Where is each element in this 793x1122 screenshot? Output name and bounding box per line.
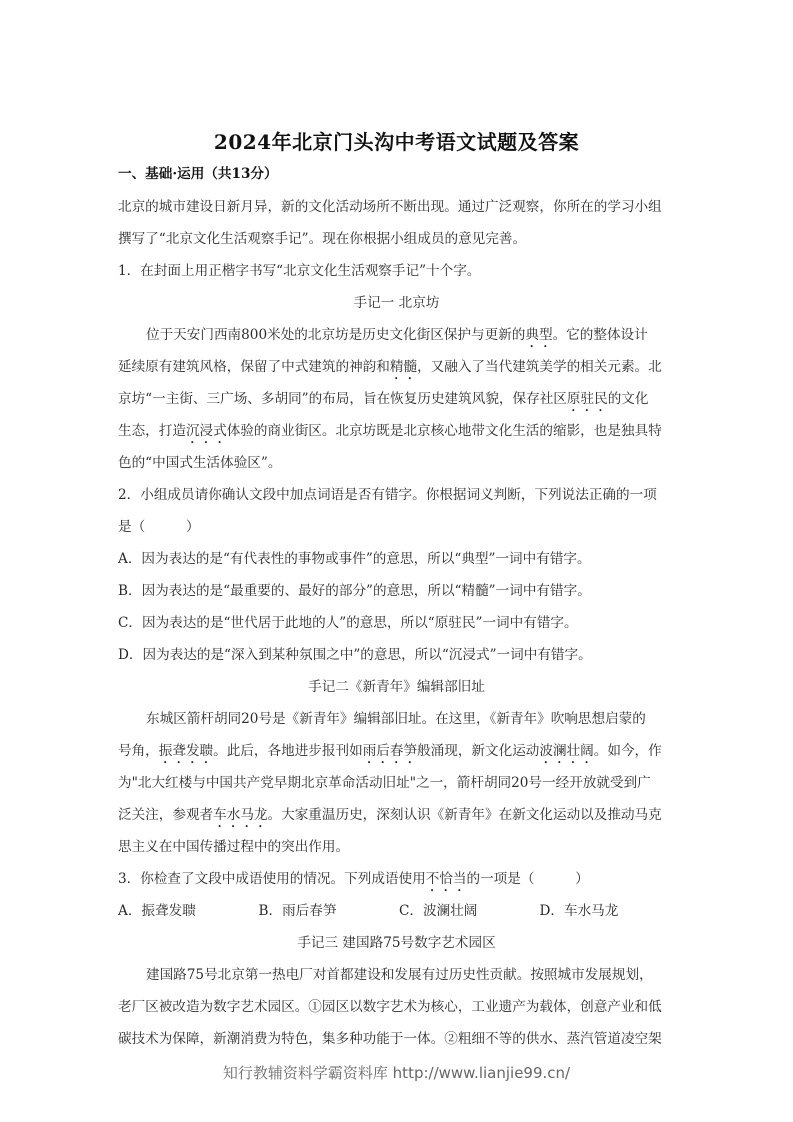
text: 体验的商业街区。北京坊既是北京核心地带文化生活的缩影，也是独具特 (227, 423, 662, 439)
note1-heading: 手记一 北京坊 (0, 293, 793, 313)
text: 为"北大红楼与中国共产党早期北京革命活动旧址"之一，箭杆胡同20号一经开放就受到… (118, 775, 651, 791)
text: 的文化 (608, 391, 649, 407)
note3-heading: 手记三 建国路75号数字艺术园区 (0, 933, 793, 953)
q3-options: A．振聋发聩 B．雨后春笋 C．波澜壮阔 D．车水马龙 (118, 901, 680, 921)
question-2-stem-cont: 是（ ） (118, 517, 680, 537)
intro-line-2: 撰写了“北京文化生活观察手记”。现在你根据小组成员的意见完善。 (118, 229, 680, 249)
text: 的一项是（ ） (467, 871, 589, 887)
q3-option-b: B．雨后春笋 (259, 901, 400, 921)
text: 生态，打造 (118, 423, 186, 439)
text: 思主义在中国传播过程中的突出作用。 (118, 839, 349, 855)
section-heading: 一、基础·运用（共13分） (118, 164, 680, 184)
note1-line: 生态，打造沉浸式体验的商业街区。北京坊既是北京核心地带文化生活的缩影，也是独具特 (118, 421, 680, 447)
note2-line: 东城区箭杆胡同20号是《新青年》编辑部旧址。在这里，《新青年》吹响思想启蒙的 (118, 709, 708, 729)
q2-option-d: D．因为表达的是“深入到某种氛围之中”的意思，所以“沉浸式”一词中有错字。 (118, 645, 680, 665)
text: 号角， (118, 743, 159, 759)
note1-line: 京坊“一主街、三广场、多胡同”的布局，旨在恢复历史建筑风貌，保存社区原驻民的文化 (118, 389, 680, 415)
q3-option-a: A．振聋发聩 (118, 901, 259, 921)
text: 。此后，各地进步报刊如 (213, 743, 363, 759)
note1-line: 色的“中国式生活体验区”。 (118, 453, 680, 473)
text: 延续原有建筑风格，保留了中式建筑的神韵和 (118, 359, 390, 375)
text: ，又融入了当代建筑美学的相关元素。北 (417, 359, 662, 375)
emphasized-idiom: 雨后春笋 (363, 743, 417, 759)
text: 。如今，作 (594, 743, 662, 759)
footer-watermark: 知行教辅资料学霸资料库 http://www.lianjie99.cn/ (0, 1062, 793, 1083)
note1-line: 延续原有建筑风格，保留了中式建筑的神韵和精髓，又融入了当代建筑美学的相关元素。北 (118, 357, 680, 383)
text: 色的“中国式生活体验区”。 (118, 455, 281, 471)
emphasized-word: 原驻民 (567, 391, 608, 407)
emphasized-idiom: 振聋发聩 (159, 743, 213, 759)
emphasized-word: 精髓 (390, 359, 417, 375)
question-3-stem: 3．你检查了文段中成语使用的情况。下列成语使用不恰当的一项是（ ） (118, 869, 680, 895)
note2-line: 思主义在中国传播过程中的突出作用。 (118, 837, 680, 857)
q3-option-c: C．波澜壮阔 (399, 901, 540, 921)
text: 3．你检查了文段中成语使用的情况。下列成语使用 (118, 871, 426, 887)
text: 。大家重温历史，深刻认识《新青年》在新文化运动以及推动马克 (268, 807, 662, 823)
note3-line: 老厂区被改造为数字艺术园区。①园区以数字艺术为核心，工业遗产为载体，创意产业和低 (118, 997, 680, 1017)
note2-line: 为"北大红楼与中国共产党早期北京革命活动旧址"之一，箭杆胡同20号一经开放就受到… (118, 773, 680, 793)
text: 泛关注，参观者 (118, 807, 213, 823)
emphasized-idiom: 波澜壮阔 (539, 743, 593, 759)
question-1: 1．在封面上用正楷字书写“北京文化生活观察手记”十个字。 (118, 261, 680, 281)
question-2-stem: 2．小组成员请你确认文段中加点词语是否有错字。你根据词义判断，下列说法正确的一项 (118, 485, 680, 505)
note3-line: 碳技术为保障，新潮消费为特色，集多种功能于一体。②粗细不等的供水、蒸汽管道凌空架 (118, 1029, 680, 1049)
page-title: 2024年北京门头沟中考语文试题及答案 (0, 126, 793, 155)
emphasized-word: 不恰当 (426, 871, 467, 887)
text: 般涌现，新文化运动 (417, 743, 539, 759)
note2-line: 号角，振聋发聩。此后，各地进步报刊如雨后春笋般涌现，新文化运动波澜壮阔。如今，作 (118, 741, 680, 767)
emphasized-word: 典型 (525, 327, 552, 343)
emphasized-idiom: 车水马龙 (213, 807, 267, 823)
text: 。它的整体设计 (553, 327, 648, 343)
note2-heading: 手记二《新青年》编辑部旧址 (0, 677, 793, 697)
note1-line: 位于天安门西南800米处的北京坊是历史文化街区保护与更新的典型。它的整体设计 (118, 325, 708, 351)
note3-line: 建国路75号北京第一热电厂对首都建设和发展有过历史性贡献。按照城市发展规划， (118, 965, 708, 985)
text: 东城区箭杆胡同20号是《新青年》编辑部旧址。在这里，《新青年》吹响思想启蒙的 (146, 711, 646, 727)
q2-option-a: A．因为表达的是“有代表性的事物或事件”的意思，所以“典型”一词中有错字。 (118, 549, 680, 569)
note2-line: 泛关注，参观者车水马龙。大家重温历史，深刻认识《新青年》在新文化运动以及推动马克 (118, 805, 680, 831)
text: 位于天安门西南800米处的北京坊是历史文化街区保护与更新的 (146, 327, 525, 343)
q2-option-c: C．因为表达的是“世代居于此地的人”的意思，所以“原驻民”一词中有错字。 (118, 613, 680, 633)
text: 京坊“一主街、三广场、多胡同”的布局，旨在恢复历史建筑风貌，保存社区 (118, 391, 567, 407)
intro-line-1: 北京的城市建设日新月异，新的文化活动场所不断出现。通过广泛观察，你所在的学习小组 (118, 197, 680, 217)
document-page: 2024年北京门头沟中考语文试题及答案 一、基础·运用（共13分） 北京的城市建… (0, 0, 793, 1122)
emphasized-word: 沉浸式 (186, 423, 227, 439)
q3-option-d: D．车水马龙 (540, 901, 681, 921)
q2-option-b: B．因为表达的是“最重要的、最好的部分”的意思，所以“精髓”一词中有错字。 (118, 581, 680, 601)
